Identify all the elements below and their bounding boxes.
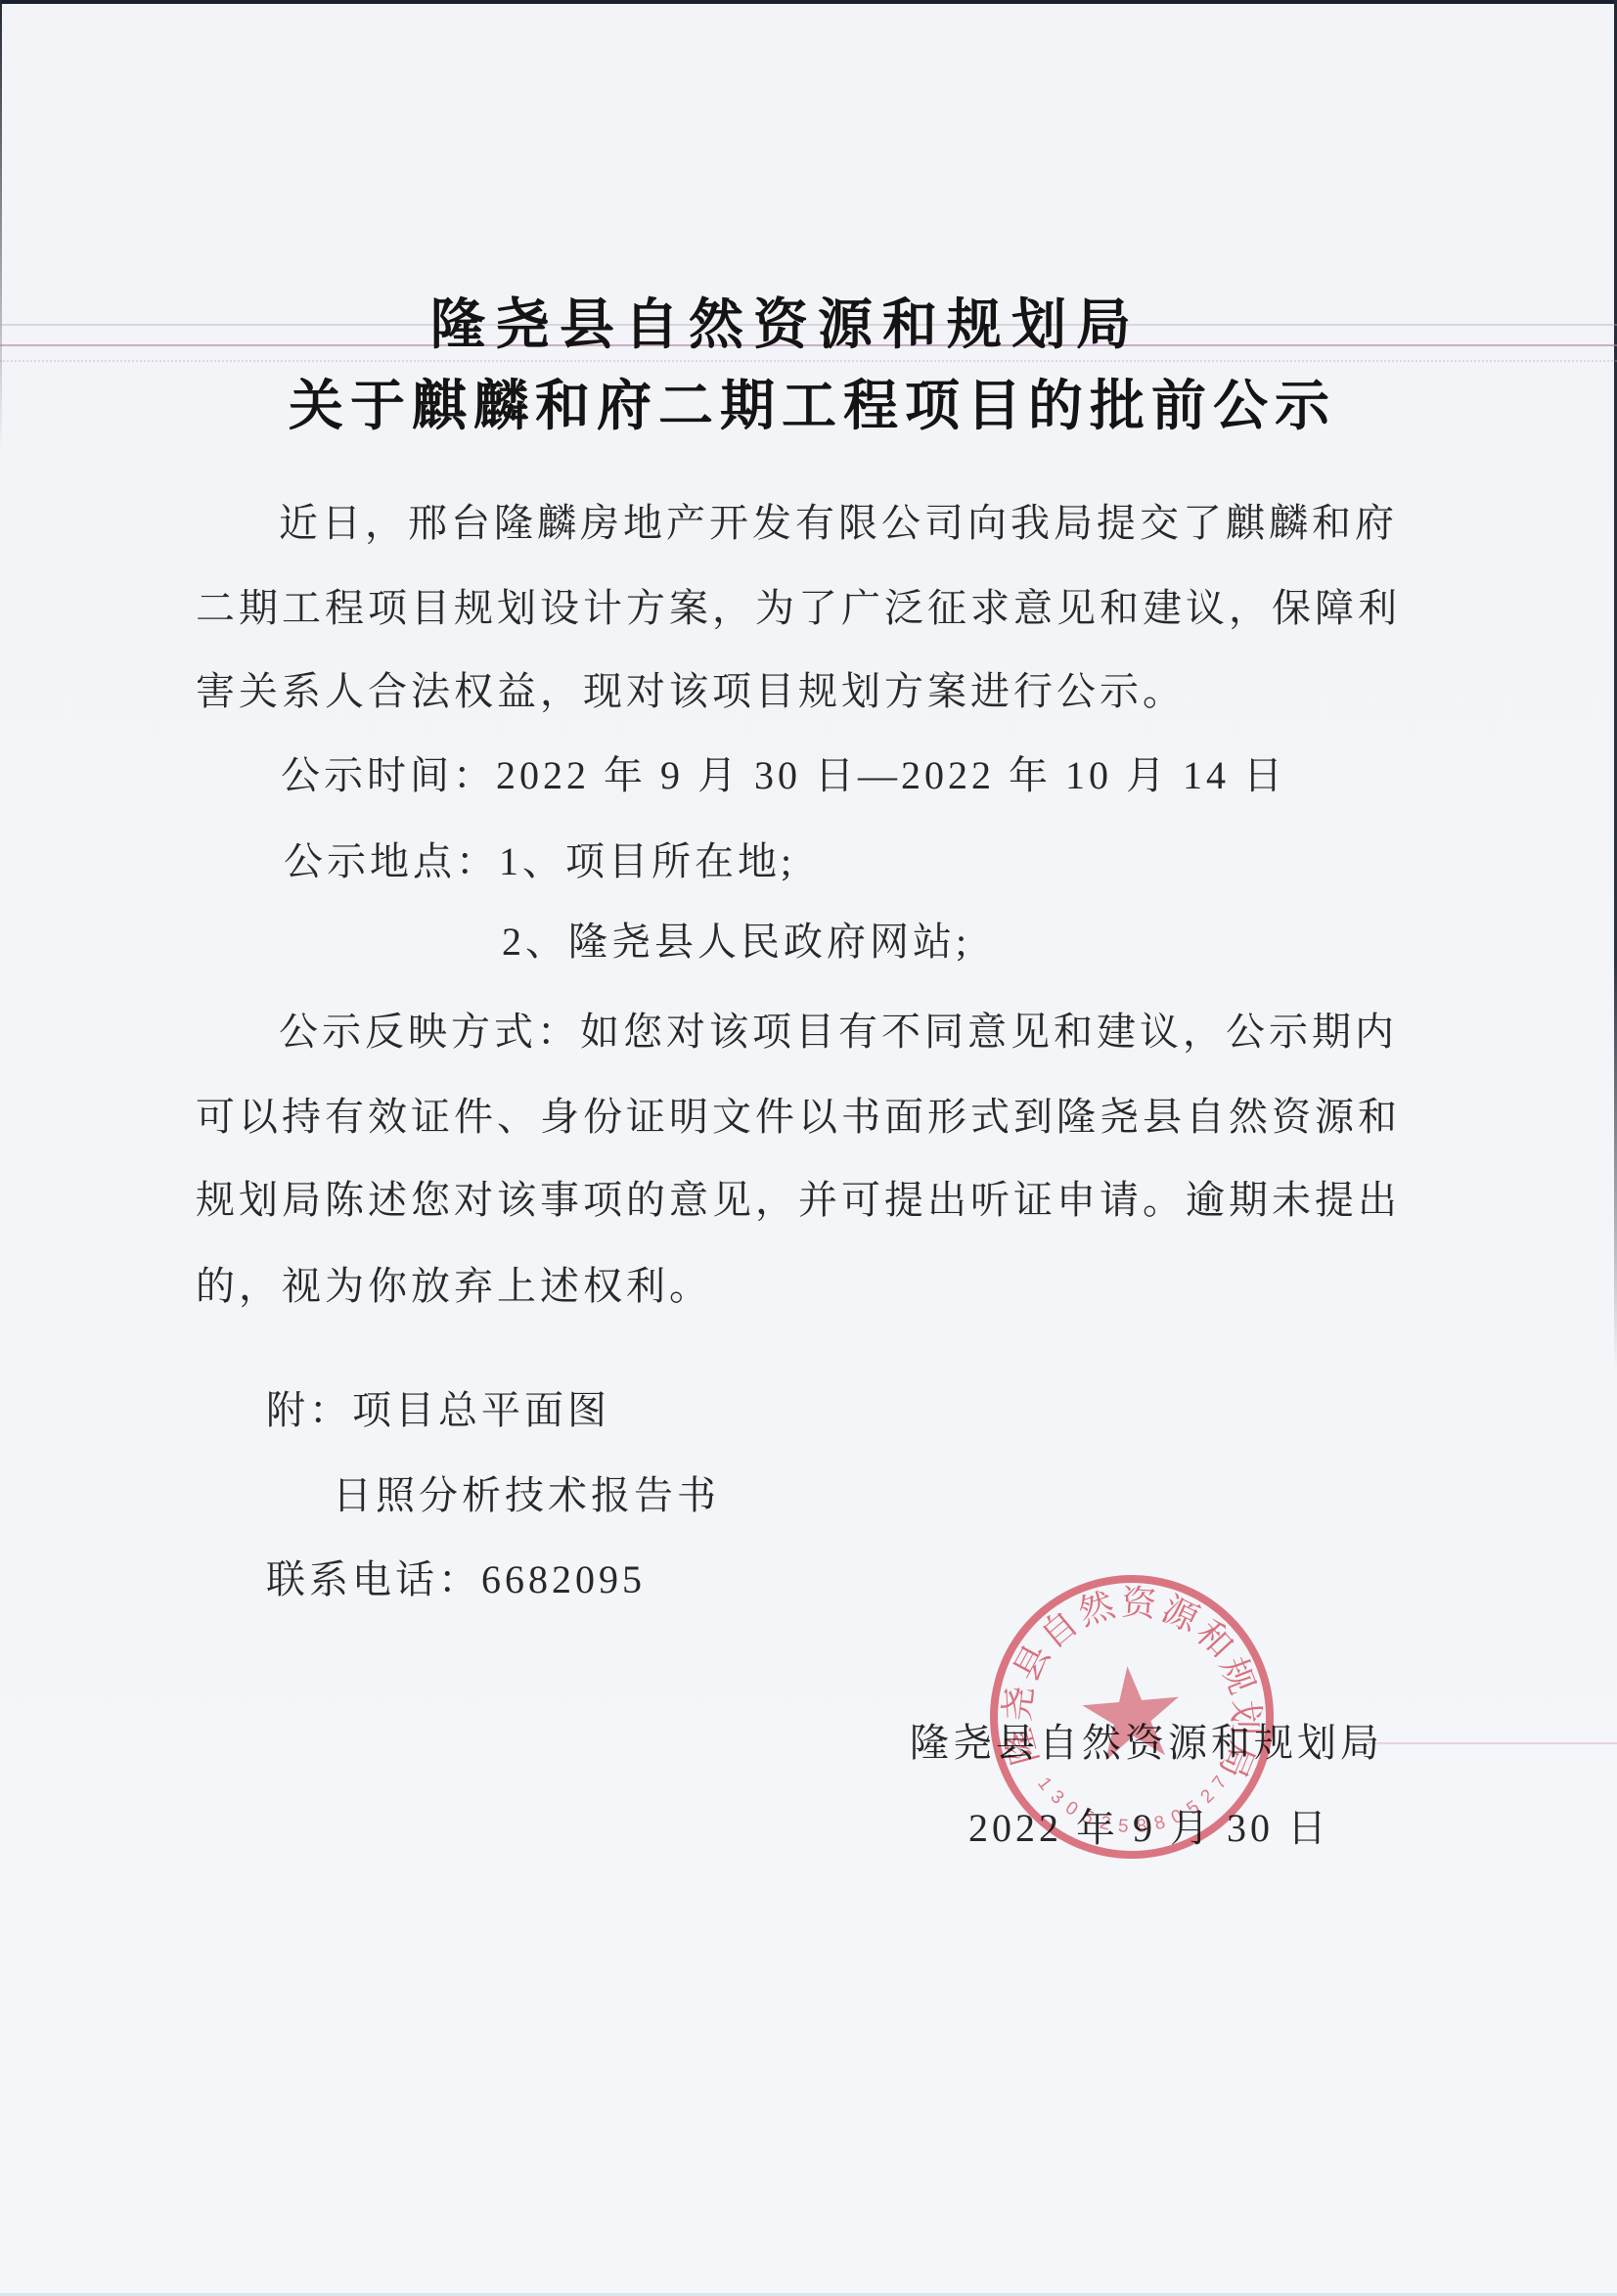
scan-edge-top: [0, 0, 1617, 4]
official-seal-stamp: 隆尧县自然资源和规划局 130525880527: [941, 1526, 1323, 1908]
attachment-line: 附：项目总平面图: [266, 1389, 610, 1432]
body-line: 的，视为你放弃上述权利。: [196, 1265, 712, 1308]
body-line: 规划局陈述您对该事项的意见，并可提出听证申请。逾期未提出: [196, 1179, 1401, 1222]
body-line: 二期工程项目规划设计方案，为了广泛征求意见和建议，保障利: [196, 587, 1401, 630]
attachment-line: 日照分析技术报告书: [333, 1474, 720, 1517]
body-line: 2、隆尧县人民政府网站;: [502, 921, 970, 964]
document-title-line2: 关于麒麟和府二期工程项目的批前公示: [289, 363, 1336, 441]
body-line: 公示时间：2022 年 9 月 30 日—2022 年 10 月 14 日: [281, 754, 1286, 797]
body-line: 可以持有效证件、身份证明文件以书面形式到隆尧县自然资源和: [196, 1096, 1401, 1139]
body-line: 公示地点：1、项目所在地;: [284, 840, 795, 883]
seal-star-icon: [1079, 1662, 1184, 1762]
scan-artifact-line: [1368, 1742, 1617, 1744]
body-line: 害关系人合法权益，现对该项目规划方案进行公示。: [196, 670, 1186, 713]
body-line: 公示反映方式：如您对该项目有不同意见和建议，公示期内: [279, 1011, 1398, 1054]
document-title-line1: 隆尧县自然资源和规划局: [430, 282, 1141, 360]
scanned-document-page: 隆尧县自然资源和规划局 关于麒麟和府二期工程项目的批前公示 近日，邢台隆麟房地产…: [0, 0, 1617, 2296]
contact-phone-line: 联系电话：6682095: [266, 1558, 646, 1601]
scan-artifact-line: [0, 360, 1617, 362]
body-line: 近日，邢台隆麟房地产开发有限公司向我局提交了麒麟和府: [279, 502, 1398, 545]
scan-edge-left: [0, 0, 2, 450]
